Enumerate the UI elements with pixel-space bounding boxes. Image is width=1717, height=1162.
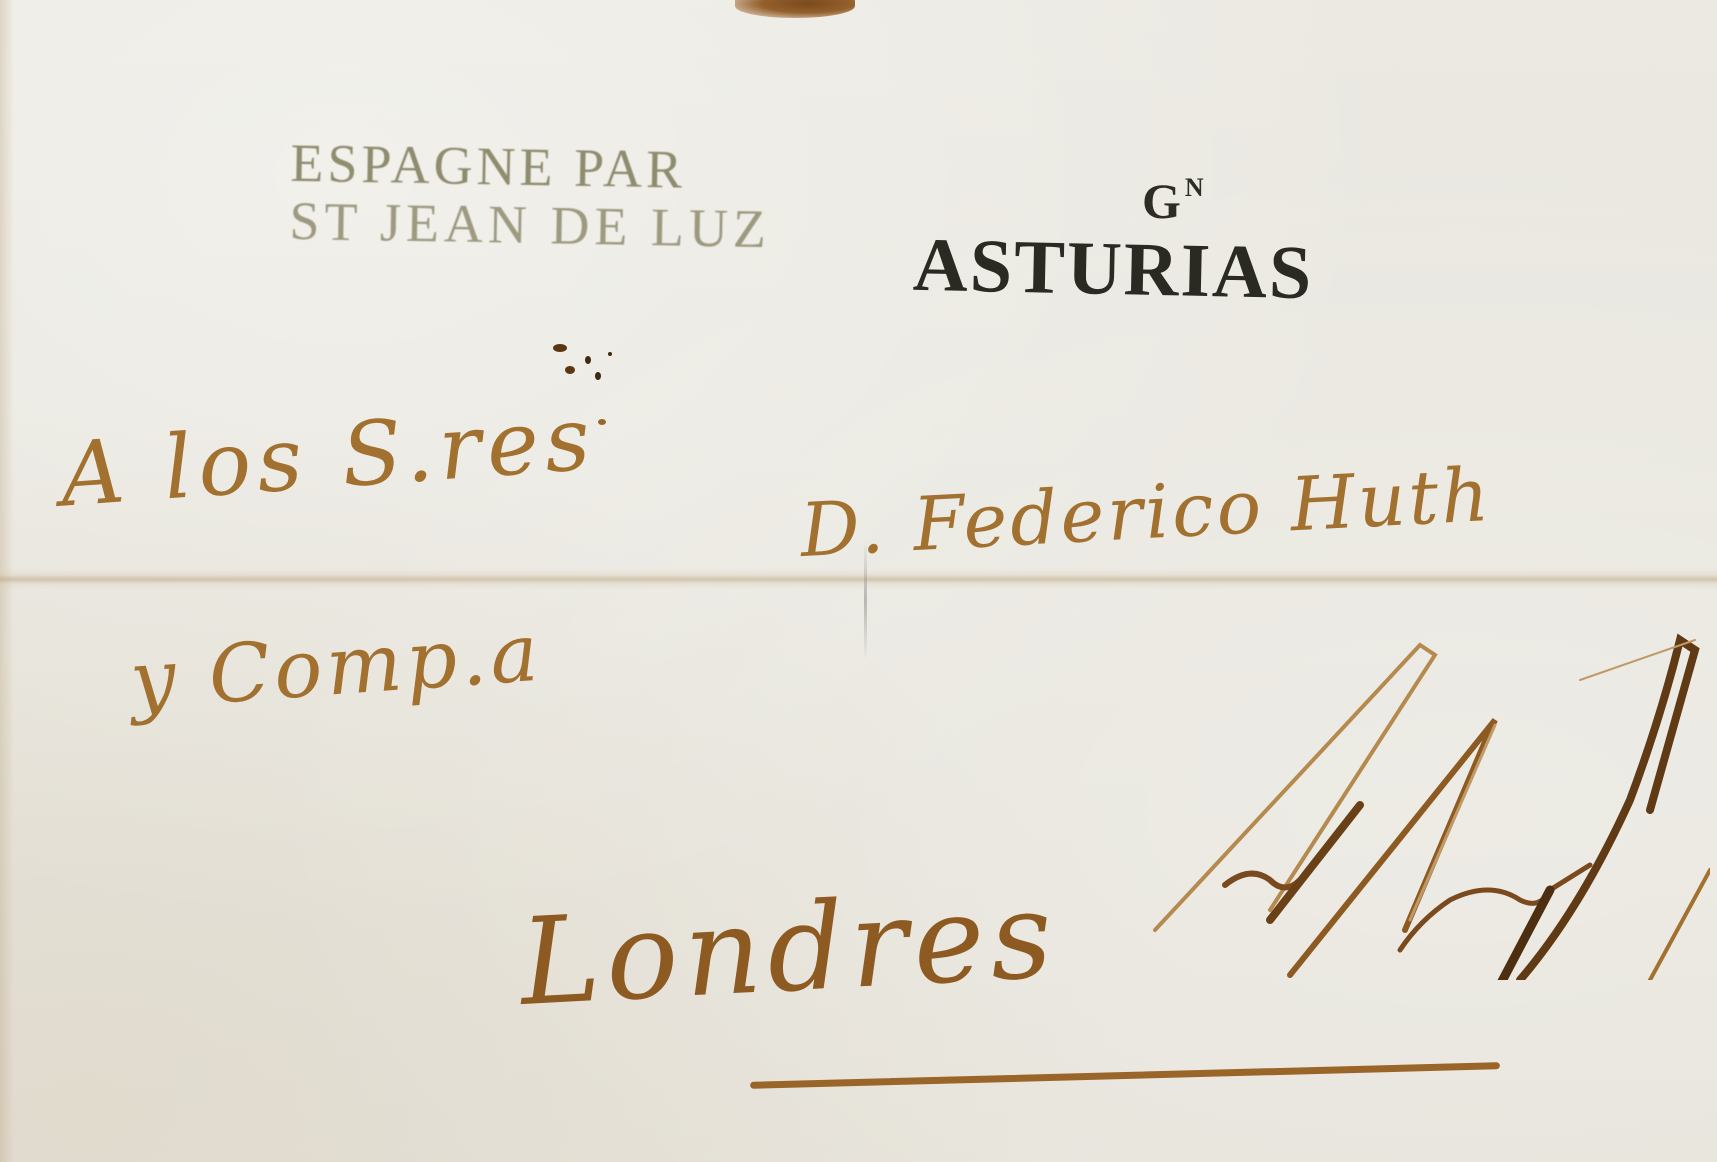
address-city: Londres [517, 866, 1062, 1033]
origin-handstamp-gn: GN [1142, 172, 1208, 230]
letter-cover: ESPAGNE PAR ST JEAN DE LUZ GN ASTURIAS A… [0, 0, 1717, 1162]
handstamp-n-superscript: N [1185, 173, 1208, 202]
handstamp-line-2: ST JEAN DE LUZ [289, 192, 771, 258]
city-underline [750, 1062, 1500, 1089]
handstamp-g: G [1142, 173, 1185, 229]
handstamp-line-1: ESPAGNE PAR [290, 134, 772, 200]
wax-seal-residue [735, 0, 855, 18]
origin-handstamp-asturias: ASTURIAS [912, 222, 1314, 317]
address-line-salutation: A los S.res [57, 386, 599, 526]
address-company: y Comp.a [127, 606, 545, 728]
manuscript-rate-marking [1150, 580, 1710, 980]
address-recipient-name: D. Federico Huth [798, 452, 1494, 574]
espagne-par-st-jean-de-luz-handstamp: ESPAGNE PAR ST JEAN DE LUZ [289, 134, 772, 258]
